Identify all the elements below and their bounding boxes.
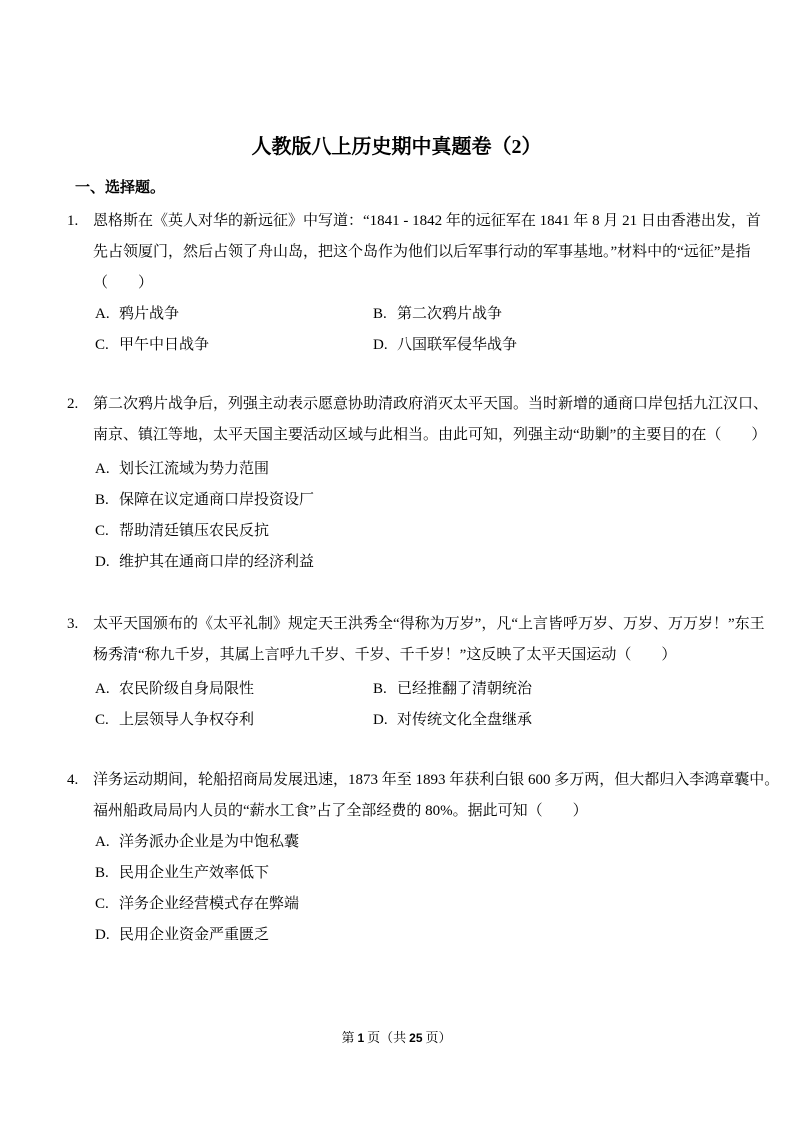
question-line: 南京、镇江等地，太平天国主要活动区域与此相当。由此可知，列强主动“助剿”的主要目… — [67, 420, 747, 451]
option-text: 民用企业资金严重匮乏 — [119, 927, 269, 943]
question-2-option-d: D.维护其在通商口岸的经济利益 — [95, 547, 314, 578]
question-3: 3. 太平天国颁布的《太平礼制》规定天王洪秀全“得称为万岁”，凡“上言皆呼万岁、… — [67, 609, 747, 736]
option-label: A. — [95, 454, 119, 485]
option-label: C. — [95, 889, 119, 920]
question-text: 太平天国颁布的《太平礼制》规定天王洪秀全“得称为万岁”，凡“上言皆呼万岁、万岁、… — [93, 616, 765, 632]
option-row: A.农民阶级自身局限性 B.已经推翻了清朝统治 — [67, 674, 747, 705]
question-1: 1. 恩格斯在《英人对华的新远征》中写道：“1841 - 1842 年的远征军在… — [67, 206, 747, 361]
footer-suffix: 页） — [426, 1030, 452, 1045]
option-label: D. — [95, 920, 119, 951]
question-3-option-a: A.农民阶级自身局限性 — [95, 674, 254, 705]
option-text: 鸦片战争 — [119, 306, 179, 322]
question-number: 2. — [67, 389, 78, 420]
question-3-option-c: C.上层领导人争权夺利 — [95, 705, 254, 736]
section-heading: 一、选择题。 — [75, 176, 165, 197]
option-text: 对传统文化全盘继承 — [397, 712, 532, 728]
question-line: 4. 洋务运动期间，轮船招商局发展迅速，1873 年至 1893 年获利白银 6… — [67, 765, 747, 796]
option-label: C. — [95, 705, 119, 736]
option-row: C.洋务企业经营模式存在弊端 — [67, 889, 747, 920]
question-text: 洋务运动期间，轮船招商局发展迅速，1873 年至 1893 年获利白银 600 … — [93, 772, 779, 788]
option-text: 农民阶级自身局限性 — [119, 681, 254, 697]
question-4-option-a: A.洋务派办企业是为中饱私囊 — [95, 827, 299, 858]
option-label: D. — [373, 705, 397, 736]
question-text: 福州船政局局内人员的“薪水工食”占了全部经费的 80%。据此可知（ ） — [93, 803, 588, 819]
answer-blank: （ ） — [67, 268, 747, 299]
option-row: C.甲午中日战争 D.八国联军侵华战争 — [67, 330, 747, 361]
option-label: B. — [95, 485, 119, 516]
footer-prefix: 第 — [341, 1030, 354, 1045]
question-line: 福州船政局局内人员的“薪水工食”占了全部经费的 80%。据此可知（ ） — [67, 796, 747, 827]
question-3-option-d: D.对传统文化全盘继承 — [373, 705, 532, 736]
option-row: B.保障在议定通商口岸投资设厂 — [67, 485, 747, 516]
option-text: 上层领导人争权夺利 — [119, 712, 254, 728]
footer-middle: 页（共 — [367, 1030, 406, 1045]
question-2-option-b: B.保障在议定通商口岸投资设厂 — [95, 485, 314, 516]
question-2-option-a: A.划长江流域为势力范围 — [95, 454, 269, 485]
option-text: 八国联军侵华战争 — [397, 337, 517, 353]
question-text: 第二次鸦片战争后，列强主动表示愿意协助清政府消灭太平天国。当时新增的通商口岸包括… — [93, 396, 768, 412]
question-4-option-c: C.洋务企业经营模式存在弊端 — [95, 889, 299, 920]
question-4: 4. 洋务运动期间，轮船招商局发展迅速，1873 年至 1893 年获利白银 6… — [67, 765, 747, 951]
option-label: A. — [95, 827, 119, 858]
question-4-option-b: B.民用企业生产效率低下 — [95, 858, 269, 889]
question-text: 恩格斯在《英人对华的新远征》中写道：“1841 - 1842 年的远征军在 18… — [93, 213, 761, 229]
option-label: A. — [95, 299, 119, 330]
option-label: D. — [373, 330, 397, 361]
option-label: D. — [95, 547, 119, 578]
question-1-option-a: A.鸦片战争 — [95, 299, 179, 330]
page-footer: 第1页（共25页） — [0, 1030, 793, 1046]
option-label: B. — [373, 674, 397, 705]
question-line: 杨秀清“称九千岁，其属上言呼九千岁、千岁、千千岁！”这反映了太平天国运动（ ） — [67, 640, 747, 671]
page-number: 1 — [357, 1031, 364, 1045]
question-text: 先占领厦门，然后占领了舟山岛，把这个岛作为他们以后军事行动的军事基地。”材料中的… — [93, 244, 750, 260]
question-number: 3. — [67, 609, 78, 640]
option-label: B. — [373, 299, 397, 330]
option-row: C.上层领导人争权夺利 D.对传统文化全盘继承 — [67, 705, 747, 736]
option-row: C.帮助清廷镇压农民反抗 — [67, 516, 747, 547]
question-text: 杨秀清“称九千岁，其属上言呼九千岁、千岁、千千岁！”这反映了太平天国运动（ ） — [93, 647, 676, 663]
option-row: A.鸦片战争 B.第二次鸦片战争 — [67, 299, 747, 330]
option-label: A. — [95, 674, 119, 705]
option-text: 洋务派办企业是为中饱私囊 — [119, 834, 299, 850]
question-2: 2. 第二次鸦片战争后，列强主动表示愿意协助清政府消灭太平天国。当时新增的通商口… — [67, 389, 747, 578]
option-row: D.维护其在通商口岸的经济利益 — [67, 547, 747, 578]
page-title: 人教版八上历史期中真题卷（2） — [0, 136, 793, 158]
question-text: 南京、镇江等地，太平天国主要活动区域与此相当。由此可知，列强主动“助剿”的主要目… — [93, 427, 766, 443]
option-row: B.民用企业生产效率低下 — [67, 858, 747, 889]
question-1-option-d: D.八国联军侵华战争 — [373, 330, 517, 361]
question-number: 1. — [67, 206, 78, 237]
question-1-option-b: B.第二次鸦片战争 — [373, 299, 502, 330]
option-text: 甲午中日战争 — [119, 337, 209, 353]
question-number: 4. — [67, 765, 78, 796]
option-text: 保障在议定通商口岸投资设厂 — [119, 492, 314, 508]
question-line: 先占领厦门，然后占领了舟山岛，把这个岛作为他们以后军事行动的军事基地。”材料中的… — [67, 237, 747, 268]
total-pages: 25 — [409, 1031, 422, 1045]
question-1-option-c: C.甲午中日战争 — [95, 330, 209, 361]
option-label: B. — [95, 858, 119, 889]
question-line: 3. 太平天国颁布的《太平礼制》规定天王洪秀全“得称为万岁”，凡“上言皆呼万岁、… — [67, 609, 747, 640]
question-line: 2. 第二次鸦片战争后，列强主动表示愿意协助清政府消灭太平天国。当时新增的通商口… — [67, 389, 747, 420]
question-4-option-d: D.民用企业资金严重匮乏 — [95, 920, 269, 951]
option-label: C. — [95, 516, 119, 547]
option-text: 帮助清廷镇压农民反抗 — [119, 523, 269, 539]
question-line: 1. 恩格斯在《英人对华的新远征》中写道：“1841 - 1842 年的远征军在… — [67, 206, 747, 237]
option-text: 民用企业生产效率低下 — [119, 865, 269, 881]
question-2-option-c: C.帮助清廷镇压农民反抗 — [95, 516, 269, 547]
option-row: D.民用企业资金严重匮乏 — [67, 920, 747, 951]
option-text: 洋务企业经营模式存在弊端 — [119, 896, 299, 912]
option-label: C. — [95, 330, 119, 361]
option-text: 第二次鸦片战争 — [397, 306, 502, 322]
option-text: 划长江流域为势力范围 — [119, 461, 269, 477]
document-page: 人教版八上历史期中真题卷（2） 一、选择题。 1. 恩格斯在《英人对华的新远征》… — [0, 0, 793, 1122]
option-row: A.洋务派办企业是为中饱私囊 — [67, 827, 747, 858]
question-3-option-b: B.已经推翻了清朝统治 — [373, 674, 532, 705]
option-text: 已经推翻了清朝统治 — [397, 681, 532, 697]
option-row: A.划长江流域为势力范围 — [67, 454, 747, 485]
option-text: 维护其在通商口岸的经济利益 — [119, 554, 314, 570]
